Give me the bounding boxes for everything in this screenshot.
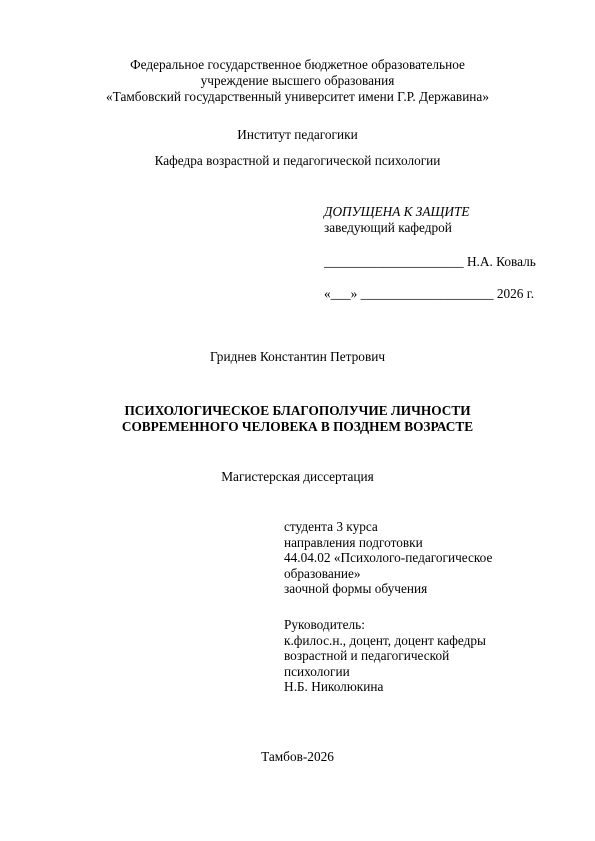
approval-role: заведующий кафедрой (324, 220, 452, 236)
org-line-2: учреждение высшего образования (0, 73, 595, 89)
supervisor-info-line: возрастной и педагогической (284, 648, 486, 664)
work-type: Магистерская диссертация (0, 469, 595, 485)
student-info-line: 44.04.02 «Психолого-педагогическое (284, 550, 492, 566)
supervisor-info-line: Н.Б. Николюкина (284, 679, 486, 695)
approval-date-line: «___» ____________________ 2026 г. (324, 286, 534, 302)
approval-title: ДОПУЩЕНА К ЗАЩИТЕ (324, 204, 470, 220)
thesis-title-line-2: СОВРЕМЕННОГО ЧЕЛОВЕКА В ПОЗДНЕМ ВОЗРАСТЕ (0, 419, 595, 435)
approval-signature-line: _____________________ Н.А. Коваль (324, 254, 536, 270)
supervisor-info-line: к.филос.н., доцент, доцент кафедры (284, 633, 486, 649)
student-info-line: студента 3 курса (284, 519, 492, 535)
supervisor-info: Руководитель: к.филос.н., доцент, доцент… (284, 617, 486, 695)
supervisor-info-line: Руководитель: (284, 617, 486, 633)
student-info-line: образование» (284, 566, 492, 582)
thesis-title-line-1: ПСИХОЛОГИЧЕСКОЕ БЛАГОПОЛУЧИЕ ЛИЧНОСТИ (0, 403, 595, 419)
org-line-1: Федеральное государственное бюджетное об… (0, 57, 595, 73)
student-info-line: заочной формы обучения (284, 581, 492, 597)
department-name: Кафедра возрастной и педагогической псих… (0, 153, 595, 169)
supervisor-info-line: психологии (284, 664, 486, 680)
org-line-3: «Тамбовский государственный университет … (0, 89, 595, 105)
city-year: Тамбов-2026 (0, 749, 595, 765)
author-name: Гриднев Константин Петрович (0, 349, 595, 365)
institute-name: Институт педагогики (0, 127, 595, 143)
student-info: студента 3 курса направления подготовки … (284, 519, 492, 597)
student-info-line: направления подготовки (284, 535, 492, 551)
